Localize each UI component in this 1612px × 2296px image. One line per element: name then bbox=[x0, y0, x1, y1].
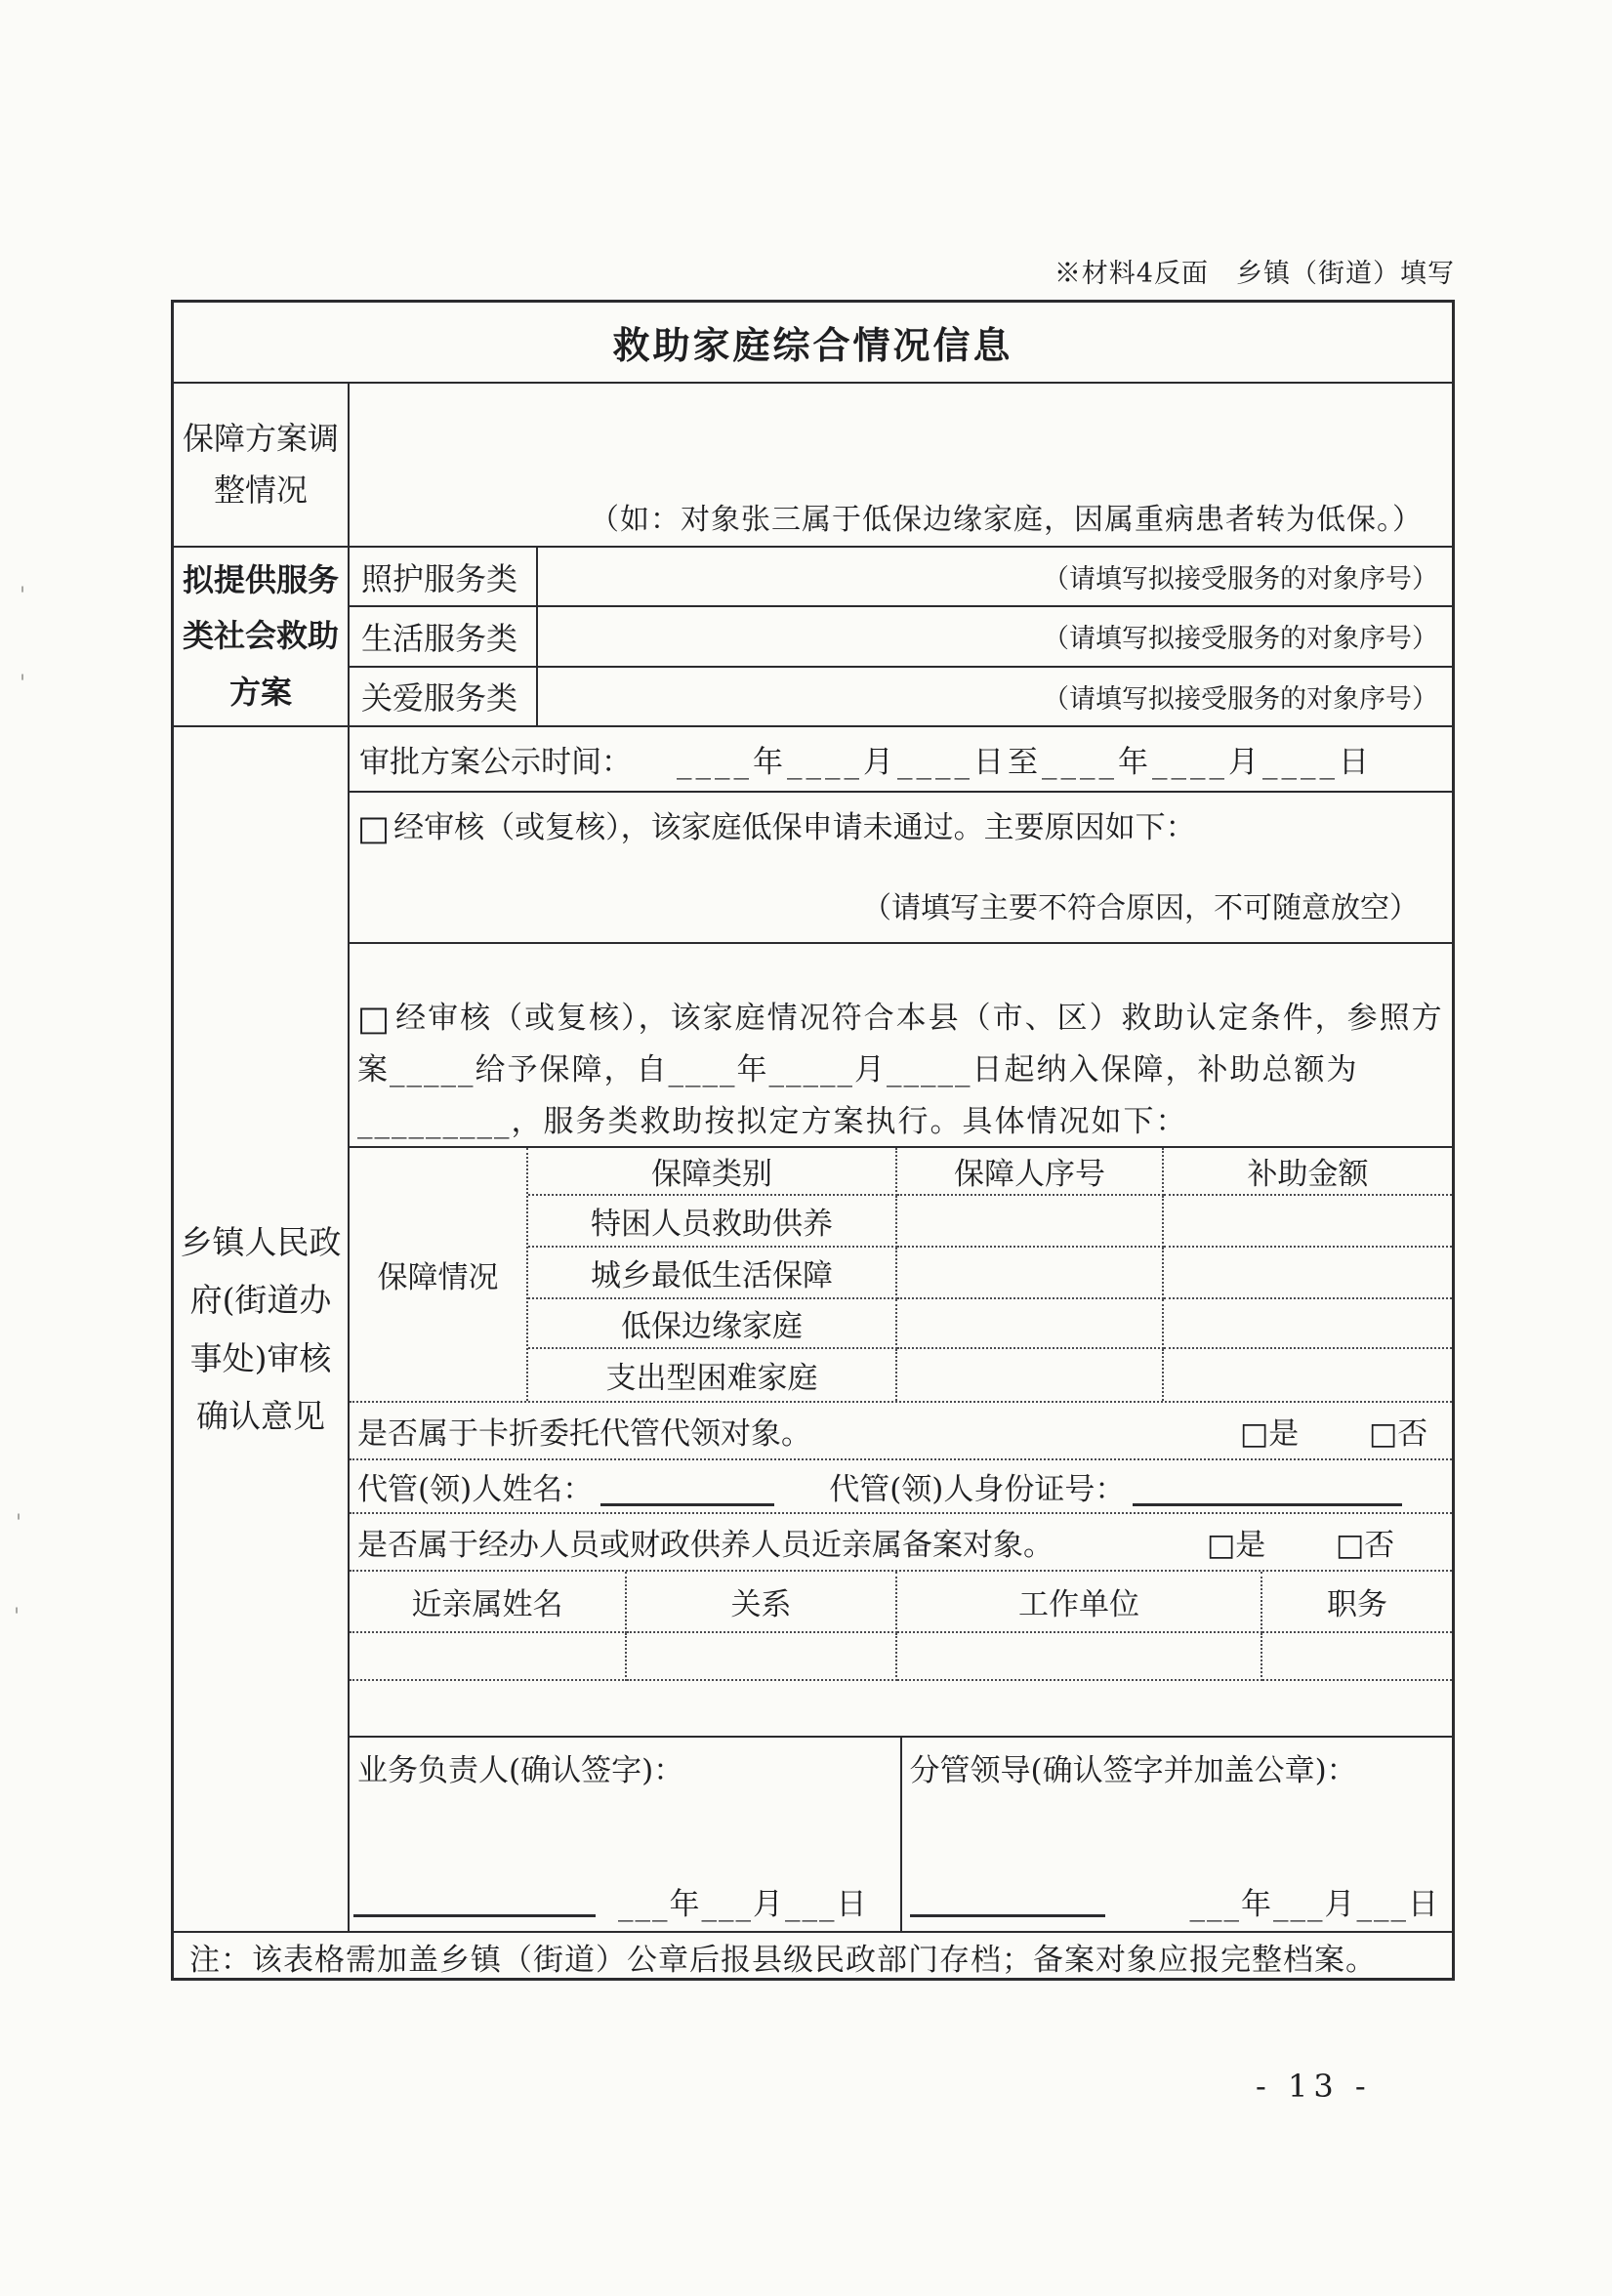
form-side-note: ※材料4反面 乡镇（街道）填写 bbox=[1015, 252, 1455, 290]
delegate-yes-checkbox[interactable]: □是 bbox=[1240, 1409, 1299, 1453]
relatives-header-workplace: 工作单位 bbox=[897, 1572, 1262, 1633]
relative-no-checkbox[interactable]: □否 bbox=[1336, 1520, 1394, 1564]
delegate-info-row: 代管(领)人姓名： 代管(领)人身份证号： bbox=[350, 1460, 1452, 1514]
service-category-label: 关爱服务类 bbox=[350, 668, 538, 725]
adjustment-section: 保障方案调整情况 （如：对象张三属于低保边缘家庭，因属重病患者转为低保。） bbox=[174, 384, 1452, 548]
service-row-love: 关爱服务类 （请填写拟接受服务的对象序号） bbox=[350, 666, 1452, 725]
form-title: 救助家庭综合情况信息 bbox=[174, 303, 1452, 384]
relative-yes-checkbox[interactable]: □是 bbox=[1207, 1520, 1265, 1564]
scanned-form-page: { "page": { "side_note": "※材料4反面 乡镇（街道）填… bbox=[0, 0, 1612, 2296]
relatives-header-position: 职务 bbox=[1262, 1572, 1452, 1633]
relatives-cell[interactable] bbox=[627, 1633, 897, 1681]
scan-artifact: ' bbox=[20, 672, 25, 696]
guarantee-amount-cell[interactable] bbox=[1164, 1299, 1452, 1349]
leader-signature-cell: 分管领导(确认签字并加盖公章)： ___年___月___日 bbox=[902, 1738, 1453, 1931]
approve-line-1-text: 经审核（或复核），该家庭情况符合本县（市、区）救助认定条件，参照方 bbox=[395, 1001, 1444, 1036]
guarantee-category: 低保边缘家庭 bbox=[528, 1299, 897, 1349]
review-section: 乡镇人民政府(街道办事处)审核确认意见 审批方案公示时间： ____年____月… bbox=[174, 727, 1452, 1933]
approve-line-3: _________，服务类救助按拟定方案执行。具体情况如下： bbox=[357, 1096, 1444, 1148]
services-rows: 照护服务类 （请填写拟接受服务的对象序号） 生活服务类 （请填写拟接受服务的对象… bbox=[350, 548, 1452, 725]
delegate-question-text: 是否属于卡折委托代管代领对象。 bbox=[357, 1409, 811, 1453]
guarantee-table-label: 保障情况 bbox=[350, 1148, 528, 1401]
guarantee-person-no-cell[interactable] bbox=[897, 1196, 1164, 1248]
relatives-header-relation: 关系 bbox=[627, 1572, 897, 1633]
footer-note: 注：该表格需加盖乡镇（街道）公章后报县级民政部门存档；备案对象应报完整档案。 bbox=[174, 1933, 1452, 1980]
publicity-time-label: 审批方案公示时间： bbox=[359, 737, 632, 781]
adjustment-label: 保障方案调整情况 bbox=[174, 384, 350, 546]
service-input-area[interactable]: （请填写拟接受服务的对象序号） bbox=[538, 607, 1452, 665]
scan-artifact: ' bbox=[16, 1511, 21, 1536]
guarantee-category: 特困人员救助供养 bbox=[528, 1196, 897, 1248]
relative-question-row: 是否属于经办人员或财政供养人员近亲属备案对象。 □是 □否 bbox=[350, 1514, 1452, 1572]
guarantee-table: 保障情况 保障类别 保障人序号 补助金额 特困人员救助供养 城乡最低生活保障 低… bbox=[350, 1148, 1452, 1403]
leader-signature-date[interactable]: ___年___月___日 bbox=[1190, 1879, 1441, 1923]
service-input-area[interactable]: （请填写拟接受服务的对象序号） bbox=[538, 548, 1452, 605]
guarantee-grid: 保障类别 保障人序号 补助金额 特困人员救助供养 城乡最低生活保障 低保边缘家庭… bbox=[528, 1148, 1452, 1401]
reject-reason-hint: （请填写主要不符合原因，不可随意放空） bbox=[862, 883, 1419, 926]
approve-line-1: □经审核（或复核），该家庭情况符合本县（市、区）救助认定条件，参照方 bbox=[357, 993, 1444, 1045]
review-label: 乡镇人民政府(街道办事处)审核确认意见 bbox=[174, 727, 350, 1931]
reject-statement: □经审核（或复核），该家庭低保申请未通过。主要原因如下： bbox=[357, 802, 1196, 846]
relatives-table: 近亲属姓名 关系 工作单位 职务 bbox=[350, 1572, 1452, 1738]
service-category-label: 照护服务类 bbox=[350, 548, 538, 605]
approve-line-2: 案_____给予保障，自____年_____月_____日起纳入保障，补助总额为 bbox=[357, 1045, 1444, 1096]
publicity-time-row: 审批方案公示时间： ____年____月____日至____年____月____… bbox=[350, 727, 1452, 793]
relatives-cell[interactable] bbox=[897, 1633, 1262, 1681]
page-number: - 13 - bbox=[1256, 2068, 1372, 2105]
manager-signature-date[interactable]: ___年___月___日 bbox=[618, 1879, 869, 1923]
service-row-life: 生活服务类 （请填写拟接受服务的对象序号） bbox=[350, 605, 1452, 665]
adjustment-example-hint: （如：对象张三属于低保边缘家庭，因属重病患者转为低保。） bbox=[590, 495, 1423, 538]
delegate-id-label: 代管(领)人身份证号： bbox=[829, 1464, 1125, 1508]
delegate-name-blank[interactable] bbox=[600, 1481, 774, 1506]
delegate-question-row: 是否属于卡折委托代管代领对象。 □是 □否 bbox=[350, 1403, 1452, 1460]
guarantee-person-no-cell[interactable] bbox=[897, 1248, 1164, 1299]
guarantee-amount-cell[interactable] bbox=[1164, 1248, 1452, 1299]
service-hint: （请填写拟接受服务的对象序号） bbox=[1043, 677, 1438, 716]
service-input-area[interactable]: （请填写拟接受服务的对象序号） bbox=[538, 668, 1452, 725]
manager-signature-blank[interactable] bbox=[353, 1914, 596, 1917]
review-content: 审批方案公示时间： ____年____月____日至____年____月____… bbox=[350, 727, 1452, 1931]
service-hint: （请填写拟接受服务的对象序号） bbox=[1043, 557, 1438, 595]
leader-signature-blank[interactable] bbox=[910, 1914, 1105, 1917]
guarantee-person-no-cell[interactable] bbox=[897, 1299, 1164, 1349]
manager-signature-label: 业务负责人(确认签字)： bbox=[357, 1745, 683, 1789]
approve-checkbox[interactable]: □ bbox=[357, 1000, 392, 1039]
guarantee-header-amount: 补助金额 bbox=[1164, 1148, 1452, 1196]
guarantee-category: 城乡最低生活保障 bbox=[528, 1248, 897, 1299]
assistance-family-form-table: 救助家庭综合情况信息 保障方案调整情况 （如：对象张三属于低保边缘家庭，因属重病… bbox=[171, 300, 1455, 1981]
guarantee-category: 支出型困难家庭 bbox=[528, 1349, 897, 1401]
scan-artifact: ' bbox=[14, 1605, 20, 1629]
delegate-no-checkbox[interactable]: □否 bbox=[1369, 1409, 1427, 1453]
guarantee-header-person-no: 保障人序号 bbox=[897, 1148, 1164, 1196]
services-section: 拟提供服务类社会救助方案 照护服务类 （请填写拟接受服务的对象序号） 生活服务类… bbox=[174, 548, 1452, 727]
service-hint: （请填写拟接受服务的对象序号） bbox=[1043, 617, 1438, 655]
service-row-care: 照护服务类 （请填写拟接受服务的对象序号） bbox=[350, 548, 1452, 605]
scan-artifact: ' bbox=[20, 584, 25, 608]
leader-signature-label: 分管领导(确认签字并加盖公章)： bbox=[910, 1745, 1357, 1789]
guarantee-amount-cell[interactable] bbox=[1164, 1196, 1452, 1248]
services-label: 拟提供服务类社会救助方案 bbox=[174, 548, 350, 725]
guarantee-person-no-cell[interactable] bbox=[897, 1349, 1164, 1401]
adjustment-input-area[interactable]: （如：对象张三属于低保边缘家庭，因属重病患者转为低保。） bbox=[350, 384, 1452, 546]
relatives-cell[interactable] bbox=[1262, 1633, 1452, 1681]
delegate-name-label: 代管(领)人姓名： bbox=[357, 1464, 593, 1508]
publicity-date-blanks[interactable]: ____年____月____日至____年____月____日 bbox=[677, 737, 1373, 781]
relative-question-text: 是否属于经办人员或财政供养人员近亲属备案对象。 bbox=[357, 1520, 1054, 1564]
signatures-row: 业务负责人(确认签字)： ___年___月___日 分管领导(确认签字并加盖公章… bbox=[350, 1738, 1452, 1931]
reject-text: 经审核（或复核），该家庭低保申请未通过。主要原因如下： bbox=[393, 810, 1196, 845]
approve-block: □经审核（或复核），该家庭情况符合本县（市、区）救助认定条件，参照方 案____… bbox=[350, 944, 1452, 1148]
relatives-header-name: 近亲属姓名 bbox=[350, 1572, 627, 1633]
reject-block: □经审核（或复核），该家庭低保申请未通过。主要原因如下： （请填写主要不符合原因… bbox=[350, 793, 1452, 944]
approve-statement: □经审核（或复核），该家庭情况符合本县（市、区）救助认定条件，参照方 案____… bbox=[357, 993, 1444, 1148]
reject-checkbox[interactable]: □ bbox=[357, 809, 390, 848]
relatives-cell[interactable] bbox=[350, 1633, 627, 1681]
service-category-label: 生活服务类 bbox=[350, 607, 538, 665]
guarantee-amount-cell[interactable] bbox=[1164, 1349, 1452, 1401]
delegate-id-blank[interactable] bbox=[1133, 1481, 1402, 1506]
guarantee-header-category: 保障类别 bbox=[528, 1148, 897, 1196]
manager-signature-cell: 业务负责人(确认签字)： ___年___月___日 bbox=[350, 1738, 902, 1931]
